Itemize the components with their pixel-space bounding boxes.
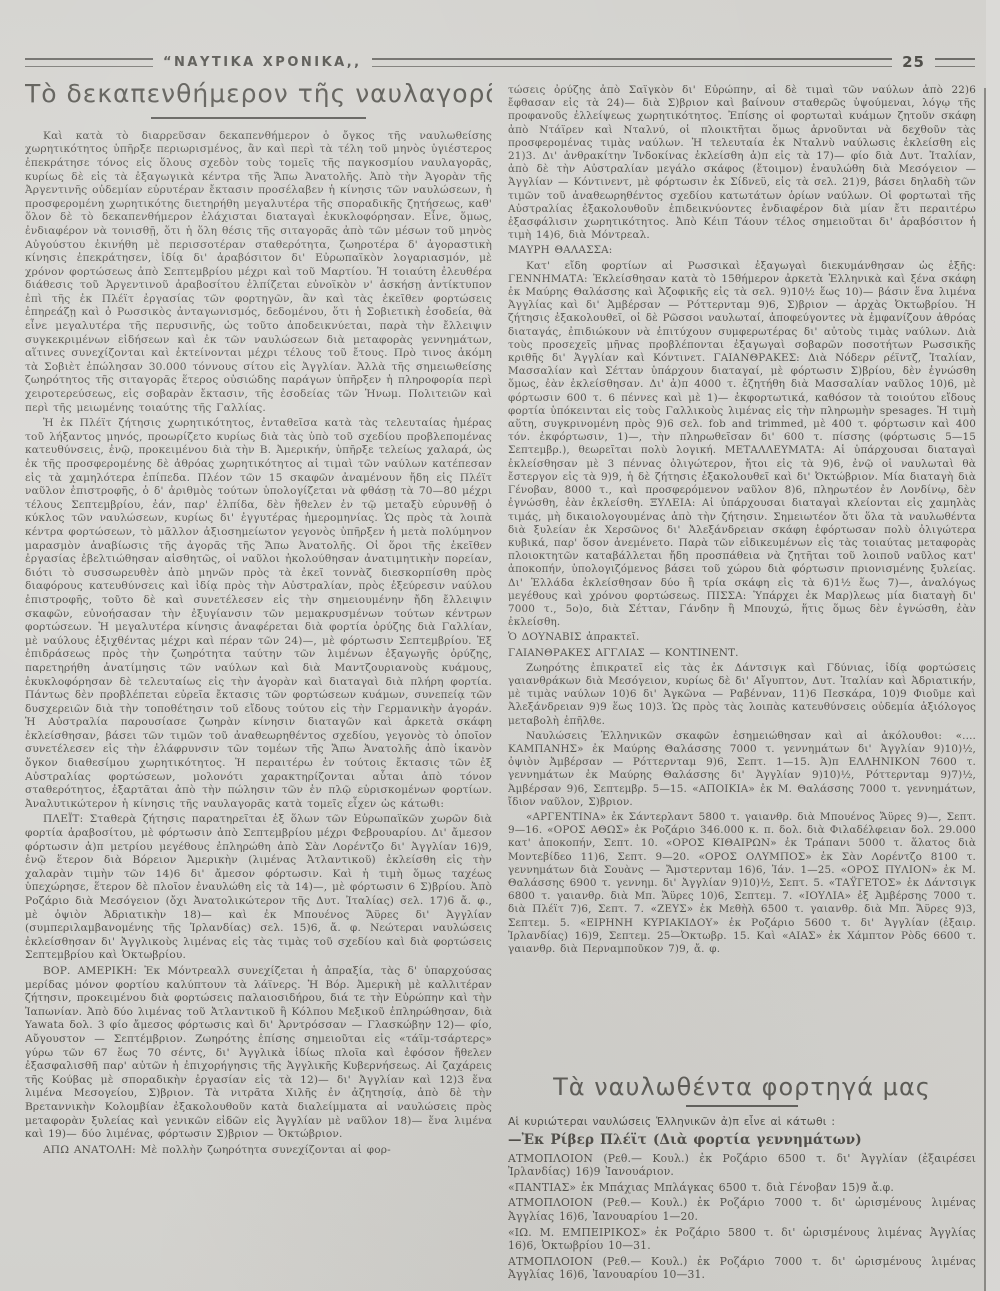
article1-title-rule [151, 117, 366, 119]
charter-entry: «ΠΑΝΤΙΑΣ» ἐκ Μπάχιας Μπλάγκας 6500 τ. δι… [508, 1181, 976, 1195]
scanned-page: “ΝΑΥΤΙΚΑ ΧΡΟΝΙΚΑ,, 25 Τὸ δεκαπενθήμερον … [0, 0, 1000, 1291]
page-header: “ΝΑΥΤΙΚΑ ΧΡΟΝΙΚΑ,, 25 [25, 52, 975, 72]
header-rule-left [25, 58, 153, 67]
charter-entry: ΑΤΜΟΠΛΟΙΟΝ (Ρεθ.— Κουλ.) ἐκ Ροζάριο 7000… [508, 1255, 976, 1282]
paragraph-continuation: τώσεις ὀρύζης ἀπὸ Σαϊγκὸν δι' Εὐρώπην, α… [508, 84, 976, 242]
paragraph-far-east: ΑΠΩ ΑΝΑΤΟΛΗ: Μὲ πολλὴν ζωηρότητα συνεχίζ… [25, 1144, 492, 1158]
article2-title: Τὰ ναυλωθέντα φορτηγά μας [508, 1074, 976, 1100]
paragraph-greek-charters: Ναυλώσεις Ἑλληνικῶν σκαφῶν ἐσημειώθησαν … [508, 730, 976, 809]
paragraph: Ἡ ἐκ Πλέϊτ ζήτησις χωρητικότητος, ἐνταθε… [25, 417, 492, 811]
header-rule-right [935, 58, 975, 67]
paragraph-greek-charters-2: «ΑΡΓΕΝΤΙΝΑ» ἐκ Σάντερλαντ 5800 τ. γαιανθ… [508, 811, 976, 956]
charter-entry: «ΙΩ. Μ. ΕΜΠΕΙΡΙΚΟΣ» ἐκ Ροζάριο 5800 τ. δ… [508, 1226, 976, 1253]
article1-left-column: Τὸ δεκαπενθήμερον τῆς ναυλαγορᾶς Καὶ κατ… [25, 80, 492, 1291]
page-edge-strip [986, 0, 1000, 1291]
article1-title: Τὸ δεκαπενθήμερον τῆς ναυλαγορᾶς [25, 80, 492, 109]
charter-entry: ΑΤΜΟΠΛΟΙΟΝ (Ρεθ.— Κουλ.) ἐκ Ροζάριο 6500… [508, 1152, 976, 1179]
article2-intro: Αἱ κυριώτεραι ναυλώσεις Ἑλληνικῶν ἀ)π εἶ… [508, 1115, 976, 1129]
heading-coal-england: ΓΑΙΑΝΘΡΑΚΕΣ ΑΓΓΛΙΑΣ — ΚΟΝΤΙΝΕΝΤ. [508, 647, 976, 660]
paragraph-coal: Ζωηρότης ἐπικρατεῖ εἰς τὰς ἐκ Δάντσιγκ κ… [508, 662, 976, 728]
heading-black-sea: ΜΑΥΡΗ ΘΑΛΑΣΣΑ: [508, 244, 976, 257]
article2-block: Τὰ ναυλωθέντα φορτηγά μας Αἱ κυριώτεραι … [508, 1074, 976, 1291]
article2-subhead: —Ἐκ Ρίβερ Πλέϊτ (Διὰ φορτία γεννημάτων) [508, 1134, 976, 1148]
masthead: “ΝΑΥΤΙΚΑ ΧΡΟΝΙΚΑ,, [163, 55, 362, 70]
paragraph-pleit: ΠΛΕΪΤ: Σταθερὰ ζήτησις παρατηρεῖται ἐξ ὅ… [25, 813, 492, 963]
page-edge-line [984, 88, 986, 1291]
article2-title-rule [686, 1105, 798, 1107]
page-number: 25 [902, 53, 925, 71]
header-rule-center [372, 58, 893, 67]
paragraph-danube: Ὁ ΔΟΥΝΑΒΙΣ ἀπρακτεῖ. [508, 631, 976, 644]
charter-entry: ΑΤΜΟΠΛΟΙΟΝ (Ρεθ.— Κουλ.) ἐκ Ροζάριο 7000… [508, 1196, 976, 1223]
paragraph: Καὶ κατὰ τὸ διαρρεῦσαν δεκαπενθήμερον ὁ … [25, 130, 492, 415]
paragraph-black-sea: Κατ' εἴδη φορτίων αἱ Ρωσσικαὶ ἐξαγωγαὶ δ… [508, 260, 976, 630]
article1-right-column: τώσεις ὀρύζης ἀπὸ Σαϊγκὸν δι' Εὐρώπην, α… [508, 84, 976, 1070]
paragraph-north-america: ΒΟΡ. ΑΜΕΡΙΚΗ: Ἐκ Μόντρεαλλ συνεχίζεται ἡ… [25, 965, 492, 1142]
